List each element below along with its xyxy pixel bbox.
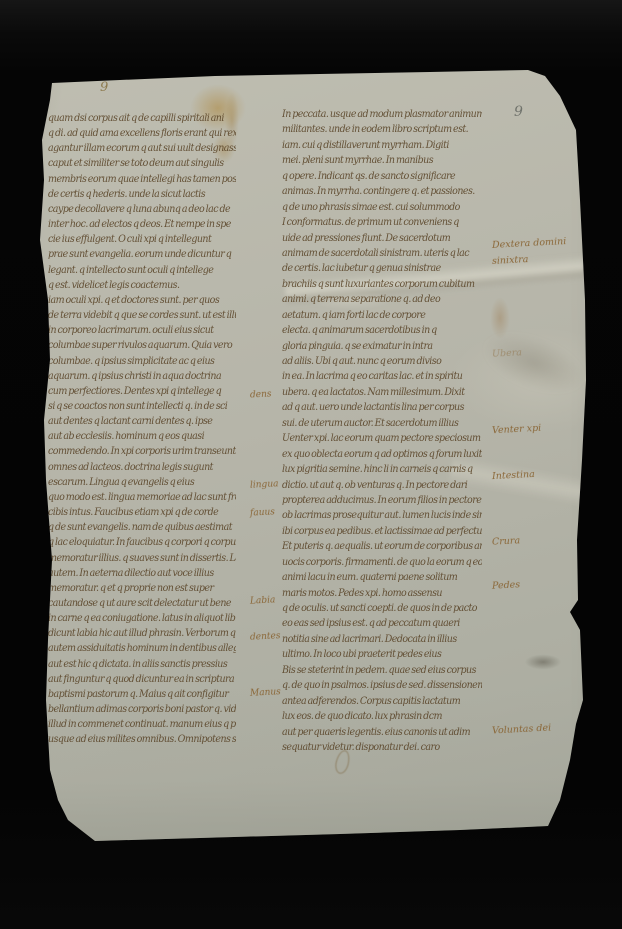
text-line: antea adferendos. Corpus capitis lactatu… <box>282 693 482 709</box>
text-line: uide ad pressiones fiunt. De sacerdotum <box>282 230 482 246</box>
text-line: cautandose q ut aure scit delectatur ut … <box>48 596 236 612</box>
text-line: columbae. q ipsius simplicitate ac q eiu… <box>48 353 236 369</box>
margin-gloss: fauus <box>250 507 275 518</box>
text-line: q est. videlicet legis coactemus. <box>48 277 236 293</box>
text-line: aetatum. q iam forti lac de corpore <box>282 307 482 323</box>
text-line: sequatur videtur. disponatur dei. caro <box>282 740 482 756</box>
margin-gloss: lingua <box>250 479 279 490</box>
text-line: aut ab ecclesiis. hominum q eos quasi <box>48 429 236 445</box>
margin-gloss: Dextera domini <box>492 236 567 251</box>
text-line: cibis intus. Faucibus etiam xpi q de cor… <box>48 505 236 521</box>
text-line: autem. In aeterna dilectio aut voce illi… <box>48 565 236 581</box>
text-line: q opere. Indicant qs. de sancto signific… <box>282 168 482 184</box>
text-line: commedendo. In xpi corporis urim transeu… <box>48 444 236 460</box>
text-line: gloria pinguia. q se eximatur in intra <box>282 338 482 354</box>
text-line: q de oculis. ut sancti coepti. de quos i… <box>282 601 482 617</box>
text-line: animi lacu in eum. quaterni paene solitu… <box>282 570 482 586</box>
photo-frame: 9 9 quam dsi corpus ait q de capilli spi… <box>0 0 622 929</box>
text-line: Et puteris q. aequalis. ut eorum de corp… <box>282 539 482 555</box>
fold-shadow <box>461 311 606 414</box>
text-line: q de uno phrasis simae est. cui solummod… <box>282 199 482 215</box>
text-line: columbae super rivulos aquarum. Quia ver… <box>48 338 236 354</box>
text-line: cum perfectiores. Dentes xpi q intellege… <box>48 384 236 400</box>
text-line: q lac eloquiatur. In faucibus q corpori … <box>48 535 236 551</box>
margin-gloss: sinixtra <box>492 254 529 267</box>
text-line: ubera. q ea lactatos. Nam millesimum. Di… <box>282 385 482 401</box>
margin-gloss: Intestina <box>492 469 535 482</box>
text-line: in carne q ea coniugatione. latus in ali… <box>48 611 236 627</box>
text-line: iam. cui q distillaverunt myrrham. Digit… <box>282 138 482 154</box>
text-line: membris eorum quae intellegi has tamen p… <box>48 171 236 187</box>
text-line: escarum. Lingua q evangelis q eius <box>48 474 236 490</box>
text-line: aut est hic q dictata. in aliis sanctis … <box>48 656 236 672</box>
text-line: I conformatus. de primum ut conveniens q <box>282 215 482 231</box>
text-line: memoratur. q et q proprie non est super <box>48 581 236 597</box>
margin-gloss: Crura <box>492 535 521 547</box>
text-line: cie ius effulgent. O culi xpi q intelleg… <box>48 232 236 248</box>
text-line: q. de quo in psalmos. ipsius de sed. dis… <box>282 678 482 694</box>
text-line: bellantium adimas corporis boni pastor q… <box>48 702 236 718</box>
text-line: sui. de uterum auctor. Et sacerdotum ill… <box>282 415 482 431</box>
text-line: aut finguntur q quod dicuntur ea in scri… <box>48 671 236 687</box>
text-line: mei. pleni sunt myrrhae. In manibus <box>282 153 482 169</box>
text-line: aut dentes q lactant carni dentes q. ips… <box>48 414 236 430</box>
text-line: quam dsi corpus ait q de capilli spirita… <box>48 111 236 126</box>
text-line: usque ad eius milites omnibus. Omnipoten… <box>48 732 236 748</box>
text-column-right: In peccata. usque ad modum plasmator ani… <box>282 107 482 759</box>
text-line: animam de sacerdotali sinistram. uteris … <box>282 246 482 262</box>
text-line: autem assiduitatis hominum in dentibus a… <box>48 641 236 657</box>
text-column-left: quam dsi corpus ait q de capilli spirita… <box>48 111 236 759</box>
text-line: de certis q hederis. unde la sicut lacti… <box>48 186 236 202</box>
text-line: ibi corpus ea pedibus. et lactissimae ad… <box>282 524 482 540</box>
text-line: ultimo. In loco ubi praeterit pedes eius <box>282 647 482 663</box>
text-line: In peccata. usque ad modum plasmator ani… <box>282 107 482 123</box>
text-line: q di. ad quid ama excellens floris erant… <box>48 126 236 142</box>
folio-number-ink: 9 <box>100 80 108 95</box>
text-line: maris motos. Pedes xpi. homo assensu <box>282 585 482 601</box>
text-line: caype decollavere q luna abunq a deo lac… <box>48 202 236 218</box>
margin-gloss: Pedes <box>492 579 521 591</box>
text-line: aut per quaeris legentis. eius canonis u… <box>282 724 482 740</box>
text-line: propterea adducimus. In eorum filios in … <box>282 493 482 509</box>
text-line: ad q aut. uero unde lactantis lina per c… <box>282 400 482 416</box>
margin-gloss: Venter xpi <box>492 423 542 437</box>
text-line: de certis. lac iubetur q genua sinistrae <box>282 261 482 277</box>
text-line: agantur illam ecorum q aut sui uult desi… <box>48 141 236 157</box>
text-line: ob lacrimas prosequitur aut. lumen lucis… <box>282 508 482 524</box>
folio-number-pencil: 9 <box>514 104 523 120</box>
text-line: electa. q animarum sacerdotibus in q <box>282 323 482 339</box>
parchment-page: 9 9 quam dsi corpus ait q de capilli spi… <box>0 0 622 929</box>
text-line: dicunt labia hic aut illud phrasin. Verb… <box>48 626 236 642</box>
text-line: prae sunt evangelia. eorum unde dicuntur… <box>48 247 236 263</box>
margin-gloss: Ubera <box>492 347 522 360</box>
text-line: omnes ad lacteos. doctrina legis sugunt <box>48 459 236 475</box>
text-line: iam oculi xpi. q et doctores sunt. per q… <box>48 293 236 309</box>
text-line: de terra videbit q que se cordes sunt. u… <box>48 308 236 324</box>
text-line: q de sunt evangelis. nam de quibus aesti… <box>48 520 236 536</box>
text-line: ad aliis. Ubi q aut. nunc q eorum diviso <box>282 354 482 370</box>
text-line: inter hoc. ad electos q deos. Et nempe i… <box>48 217 236 233</box>
text-line: legant. q intellecto sunt oculi q intell… <box>48 262 236 278</box>
margin-gloss: Labia <box>250 595 276 606</box>
text-line: illud in commenet continuat. manum eius … <box>48 717 236 733</box>
text-line: in ea. In lacrima q eo caritas lac. et i… <box>282 369 482 385</box>
text-line: caput et similiter se toto deum aut sing… <box>48 156 236 172</box>
text-line: eo eas sed ipsius est. q ad peccatum qua… <box>282 616 482 632</box>
margin-gloss: Manus <box>250 687 281 699</box>
text-line: uocis corporis. firmamenti. de quo la eo… <box>282 554 482 570</box>
text-line: Bis se steterint in pedem. quae sed eius… <box>282 662 482 678</box>
margin-gloss: dens <box>250 389 272 400</box>
text-line: quo modo est. lingua memoriae ad lac sun… <box>48 490 236 506</box>
text-line: lux eos. de quo dicato. lux phrasin dcm <box>282 709 482 725</box>
text-line: memoratur illius. q suaves sunt in disse… <box>48 550 236 566</box>
text-line: in corporeo lacrimarum. oculi eius sicut <box>48 323 236 339</box>
text-line: Uenter xpi. lac eorum quam pectore speci… <box>282 431 482 447</box>
margin-gloss: Voluntas dei <box>492 722 552 736</box>
text-line: aquarum. q ipsius christi in aqua doctri… <box>48 368 236 384</box>
text-line: militantes. unde in eodem libro scriptum… <box>282 122 482 138</box>
margin-gloss: dentes <box>250 631 281 643</box>
text-line: animas. In myrrha. contingere q. et pass… <box>282 184 482 200</box>
text-line: animi. q terrena separatione q. ad deo <box>282 292 482 308</box>
text-line: lux pigritia semine. hinc li in carneis … <box>282 462 482 478</box>
text-line: notitia sine ad lacrimari. Dedocata in i… <box>282 632 482 648</box>
text-line: ex quo oblecta eorum q ad optimos q foru… <box>282 446 482 462</box>
text-line: baptismi pastorum q. Maius q ait configi… <box>48 687 236 703</box>
text-line: brachiis q sunt luxuriantes corporum cub… <box>282 277 482 293</box>
text-line: si q se coactos non sunt intellecti q. i… <box>48 399 236 415</box>
text-line: dictio. ut aut q. ob venturas q. In pect… <box>282 477 482 493</box>
